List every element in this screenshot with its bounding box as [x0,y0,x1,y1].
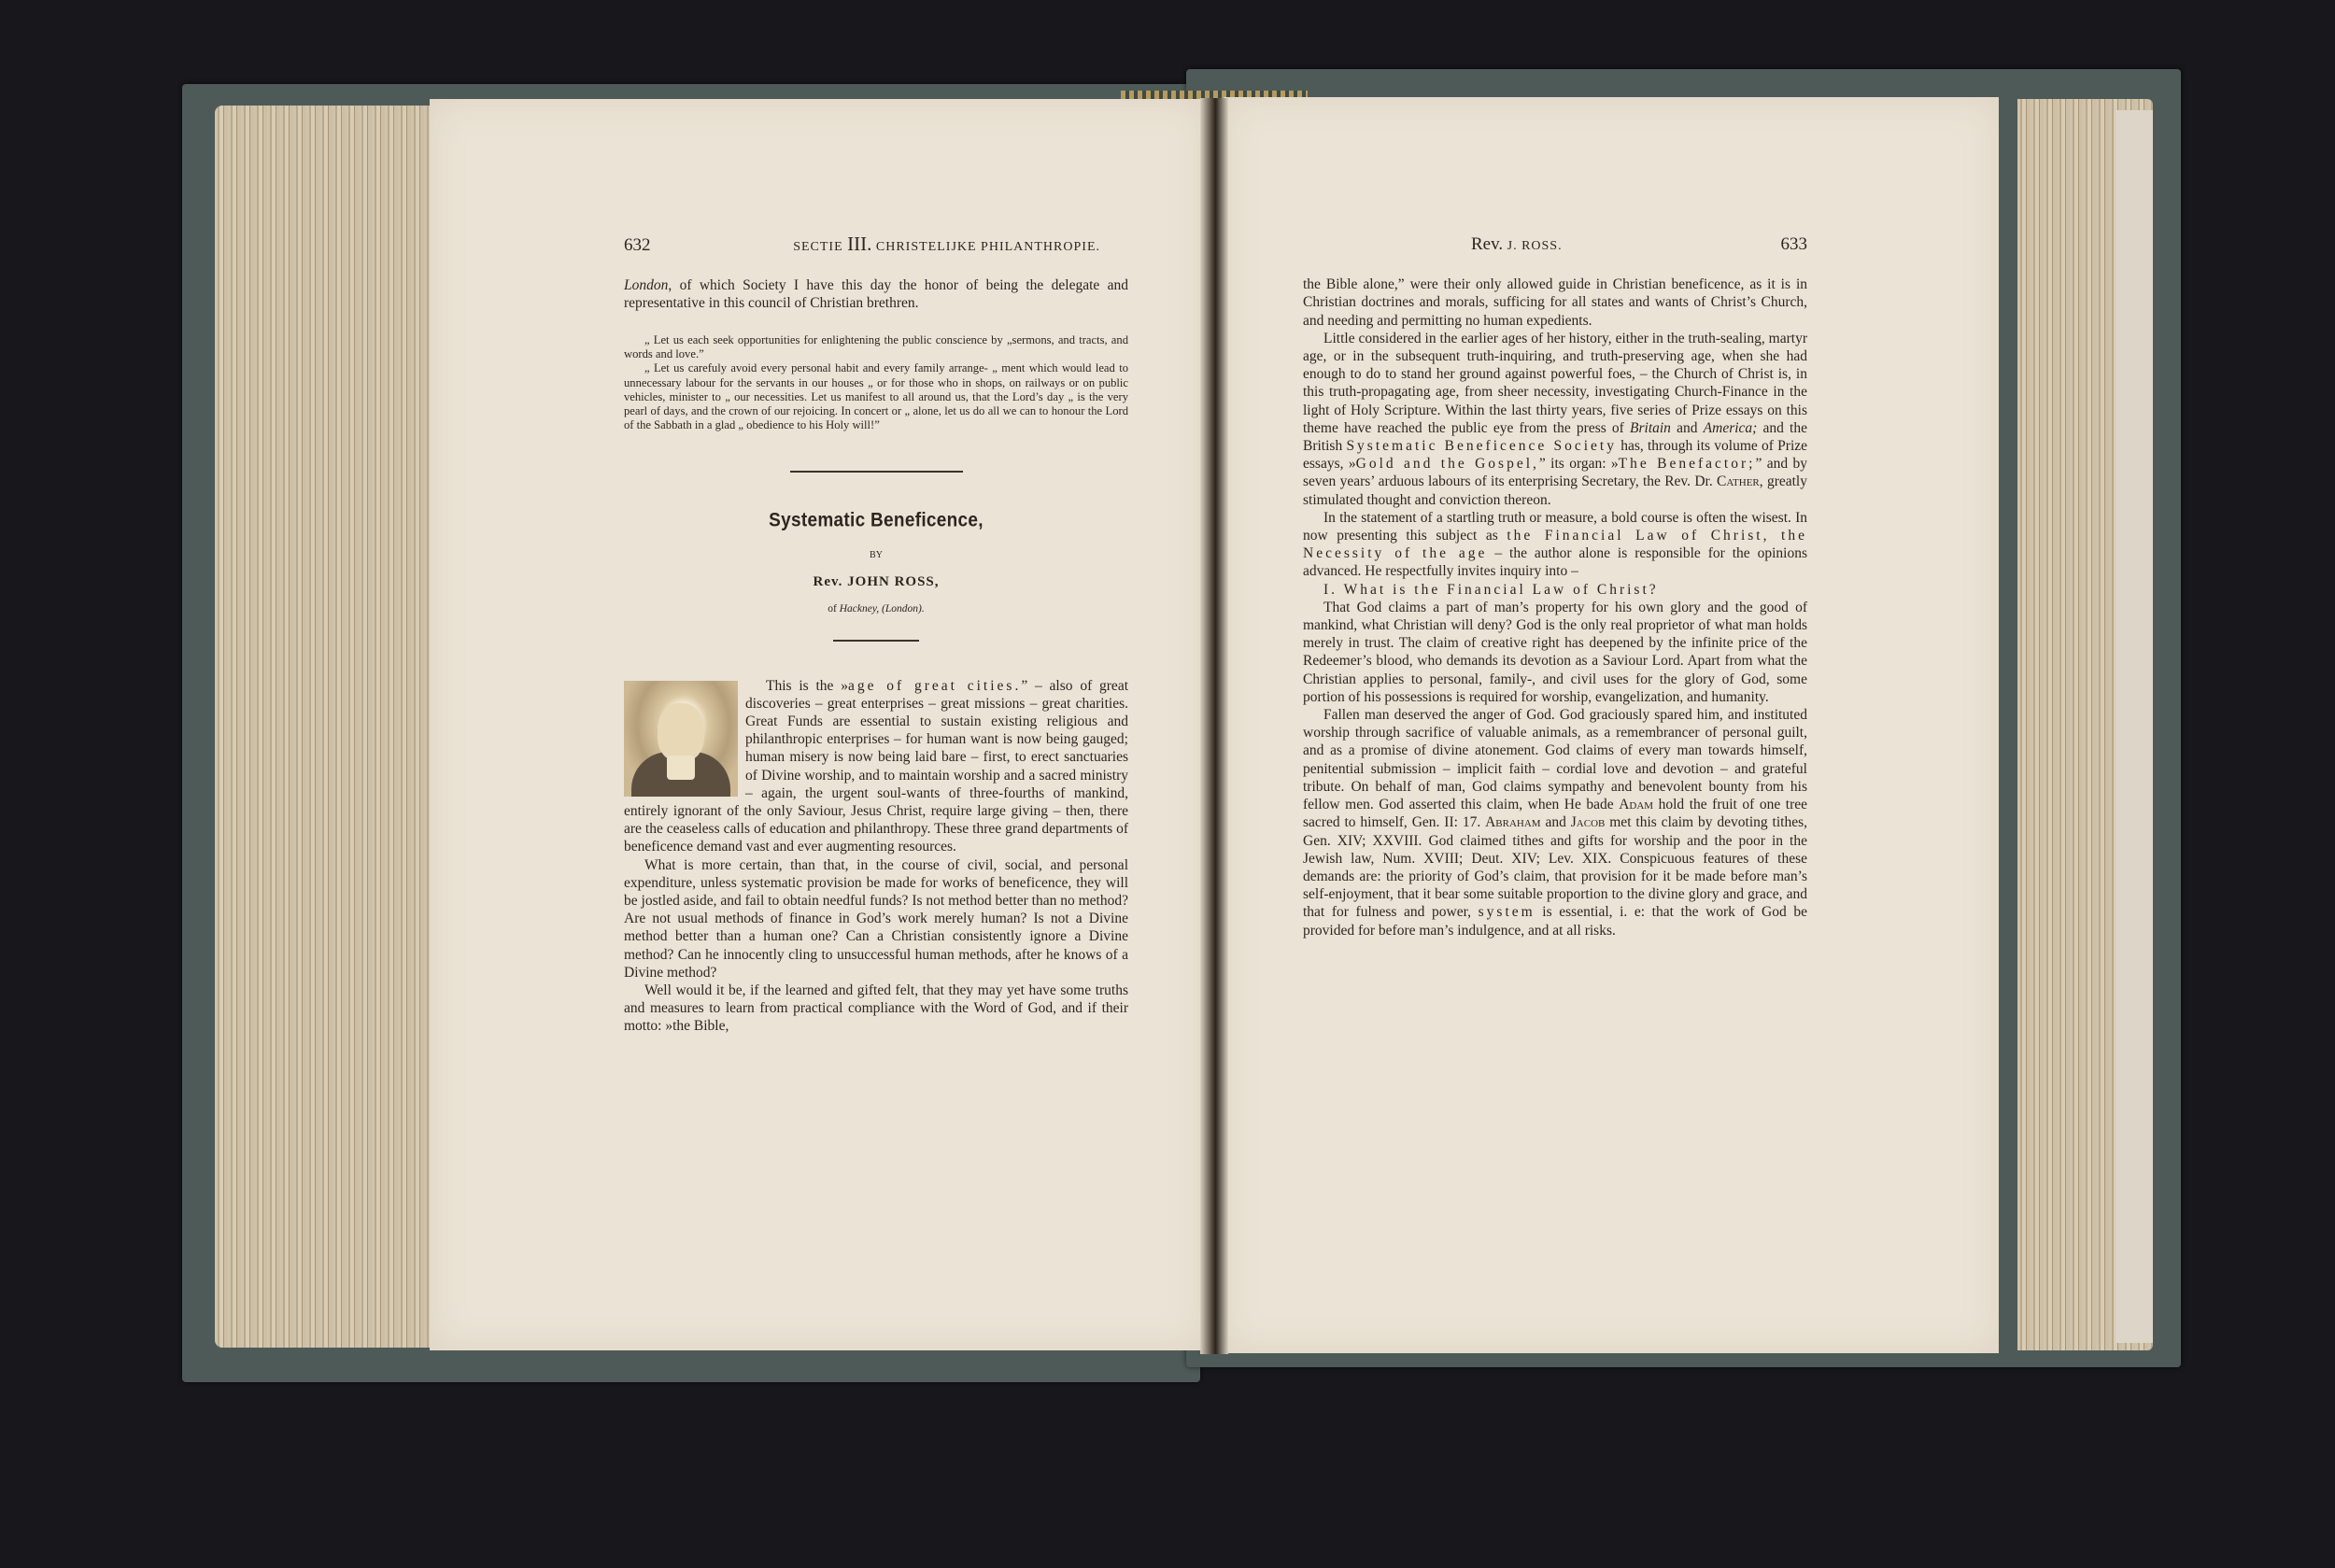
text-run: ” its organ: » [1539,456,1619,472]
running-head-title: SECTIE III. CHRISTELIJKE PHILANTHROPIE. [793,235,1100,256]
page-edges-left [215,106,430,1348]
body-paragraph-3: In the statement of a startling truth or… [1303,509,1807,581]
body-paragraph-1: the Bible alone,” were their only allowe… [1303,275,1807,330]
spaced-system: system [1479,904,1535,920]
spaced-organ-title: The Benefactor; [1619,456,1756,472]
article-title: Systematic Beneficence, [624,511,1128,530]
portrait-face [658,703,704,761]
author-short: J. ROSS. [1507,239,1563,253]
rev-prefix: Rev. [1471,234,1503,254]
smallcaps-cather: Cather [1717,473,1760,489]
running-head-right: Rev. J. ROSS. 633 [1303,235,1807,255]
body-paragraph-3: Well would it be, if the learned and gif… [624,982,1128,1036]
quote-paragraph: „ Let us each seek opportunities for enl… [624,333,1128,362]
text-run: and [1671,420,1704,436]
spaced-book-title: Gold and the Gospel, [1356,456,1539,472]
text-run: and [1541,814,1571,830]
italic-london: London [624,277,668,293]
left-page-text: 632 SECTIE III. CHRISTELIJKE PHILANTHROP… [624,235,1128,1036]
text-run: This is the » [766,678,848,694]
article-place: of Hackney, (London). [624,600,1128,618]
body-paragraph-4: That God claims a part of man’s property… [1303,599,1807,706]
author-portrait-photo [624,681,738,797]
place-prefix: of [828,603,837,614]
running-head-title: Rev. J. ROSS. [1471,235,1563,255]
body-paragraph-2: What is more certain, than that, in the … [624,856,1128,982]
page-number-left: 632 [624,236,651,254]
section-roman: III. [847,233,871,255]
title-divider [833,640,919,642]
quotation-block: „ Let us each seek opportunities for enl… [624,333,1128,433]
page-number-right: 633 [1781,235,1808,253]
body-paragraph-2: Little considered in the earlier ages of… [1303,330,1807,509]
smallcaps-jacob: Jacob [1571,814,1606,830]
section-divider [790,471,963,473]
right-page-text: Rev. J. ROSS. 633 the Bible alone,” were… [1303,235,1807,939]
smallcaps-abraham: Abraham [1485,814,1540,830]
article-author: Rev. JOHN ROSS, [624,573,1128,591]
running-head-left: 632 SECTIE III. CHRISTELIJKE PHILANTHROP… [624,235,1128,256]
section-title: CHRISTELIJKE PHILANTHROPIE. [876,240,1100,254]
page-edges-right-flyleaf [2116,110,2153,1343]
quote-paragraph: „ Let us carefuly avoid every personal h… [624,361,1128,432]
section-prefix: SECTIE [793,240,842,254]
opening-paragraph: London, of which Society I have this day… [624,276,1128,312]
article-by: BY [624,546,1128,564]
gutter-spine [1200,98,1228,1354]
opening-text: , of which Society I have this day the h… [624,277,1128,311]
body-paragraph-5: Fallen man deserved the anger of God. Go… [1303,706,1807,939]
spaced-emphasis: age of great cities. [848,678,1021,694]
section-heading: I. What is the Financial Law of Christ? [1303,581,1807,599]
italic-america: America; [1704,420,1758,436]
italic-britain: Britain [1630,420,1671,436]
spaced-society-name: Systematic Beneficence Society [1346,438,1617,454]
place-italic: Hackney, (London). [840,603,925,614]
smallcaps-adam: Adam [1619,797,1653,812]
portrait-collar [667,756,695,780]
